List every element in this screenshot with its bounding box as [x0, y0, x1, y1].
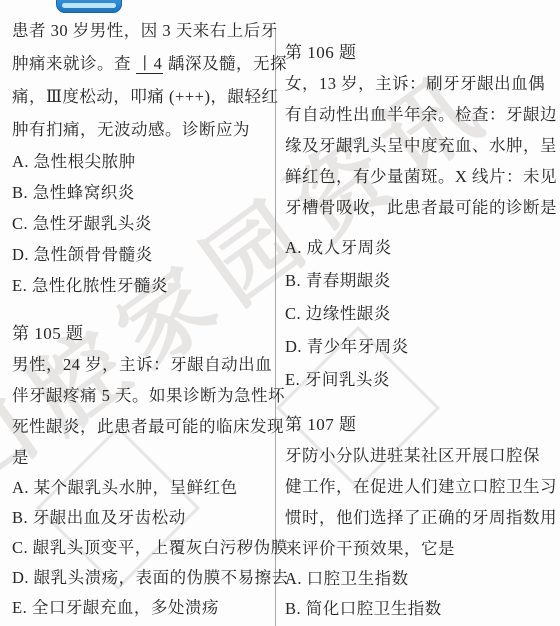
option-a: A. 急性根尖脓肿 [12, 146, 270, 177]
question-stem-line: 是 [12, 442, 270, 473]
question-number: 第 106 题 [285, 38, 549, 68]
option-a: A. 某个龈乳头水肿，呈鲜红色 [12, 473, 270, 503]
blue-tab-icon[interactable] [56, 0, 122, 13]
question-stem-line: 死性龈炎，此患者最可能的临床发现 [12, 411, 270, 442]
question-stem-line: 痛，Ⅲ度松动，叩痛 (+++)，龈轻红 [12, 80, 270, 113]
question-stem-line: 来评价干预效果，它是 [285, 533, 549, 564]
stem-text: 龋深及髓，无探 [163, 54, 287, 73]
option-a: A. 成人牙周炎 [285, 231, 549, 264]
question-107: 第 107 题 牙防小分队进驻某社区开展口腔保 健工作，在促进人们建立口腔卫生习… [285, 410, 549, 624]
option-c: C. 边缘性龈炎 [285, 297, 549, 330]
spacer [285, 223, 549, 231]
question-stem-line: 男性，24 岁，主诉：牙龈自动出血 [12, 349, 270, 380]
question-106: 第 106 题 女，13 岁，主诉：刷牙牙龈出血偶 有自动性出血半年余。检查：牙… [285, 38, 549, 396]
option-b: B. 牙龈出血及牙齿松动 [12, 503, 270, 533]
stem-text: 肿痛来就诊。查 [12, 54, 136, 73]
question-stem-line: 牙防小分队进驻某社区开展口腔保 [285, 440, 549, 471]
question-stem-line: 患者 30 岁男性，因 3 天来右上后牙 [12, 14, 270, 47]
question-stem-line: 牙槽骨吸收，此患者最可能的诊断是 [285, 192, 549, 223]
column-divider [275, 28, 276, 626]
question-stem-line: 女，13 岁，主诉：刷牙牙龈出血偶 [285, 68, 549, 99]
question-stem-line: 伴牙龈疼痛 5 天。如果诊断为急性坏 [12, 380, 270, 411]
question-stem-line: 惯时，他们选择了正确的牙周指数用 [285, 502, 549, 533]
option-d: D. 龈乳头溃疡，表面的伪膜不易擦去 [12, 563, 270, 593]
option-e: E. 全口牙龈充血，多处溃疡 [12, 593, 270, 623]
question-stem-line: 肿痛来就诊。查 丨4 龋深及髓，无探 [12, 47, 270, 80]
option-c: C. 急性牙龈乳头炎 [12, 208, 270, 239]
option-b: B. 简化口腔卫生指数 [285, 594, 549, 624]
blue-tab-icon-stripe [62, 3, 116, 8]
question-stem-line: 有自动性出血半年余。检查：牙龈边 [285, 99, 549, 130]
question-stem-line: 缘及牙龈乳头呈中度充血、水肿，呈 [285, 130, 549, 161]
question-number: 第 107 题 [285, 410, 549, 440]
option-b: B. 急性蜂窝织炎 [12, 177, 270, 208]
question-number: 第 105 题 [12, 319, 270, 349]
option-a: A. 口腔卫生指数 [285, 564, 549, 594]
option-b: B. 青春期龈炎 [285, 264, 549, 297]
option-d: D. 急性颌骨骨髓炎 [12, 239, 270, 270]
question-104: 患者 30 岁男性，因 3 天来右上后牙 肿痛来就诊。查 丨4 龋深及髓，无探 … [12, 14, 270, 301]
spacer [285, 396, 549, 410]
exam-questions-page: 口腔家园资讯 患者 30 岁男性，因 3 天来右上后牙 肿痛来就诊。查 丨4 龋… [0, 0, 560, 626]
tooth-notation: 丨4 [136, 54, 164, 74]
spacer [12, 301, 270, 319]
option-d: D. 青少年牙周炎 [285, 330, 549, 363]
option-e: E. 牙间乳头炎 [285, 363, 549, 396]
question-stem-line: 健工作，在促进人们建立口腔卫生习 [285, 471, 549, 502]
option-c: C. 龈乳头顶变平，上覆灰白污秽伪膜 [12, 533, 270, 563]
right-column: 第 106 题 女，13 岁，主诉：刷牙牙龈出血偶 有自动性出血半年余。检查：牙… [285, 38, 549, 624]
question-stem-line: 鲜红色，有少量菌斑。X 线片：未见 [285, 161, 549, 192]
left-column: 患者 30 岁男性，因 3 天来右上后牙 肿痛来就诊。查 丨4 龋深及髓，无探 … [12, 14, 270, 623]
option-e: E. 急性化脓性牙髓炎 [12, 270, 270, 301]
question-stem-line: 肿有扪痛，无波动感。诊断应为 [12, 113, 270, 146]
question-105: 第 105 题 男性，24 岁，主诉：牙龈自动出血 伴牙龈疼痛 5 天。如果诊断… [12, 319, 270, 623]
